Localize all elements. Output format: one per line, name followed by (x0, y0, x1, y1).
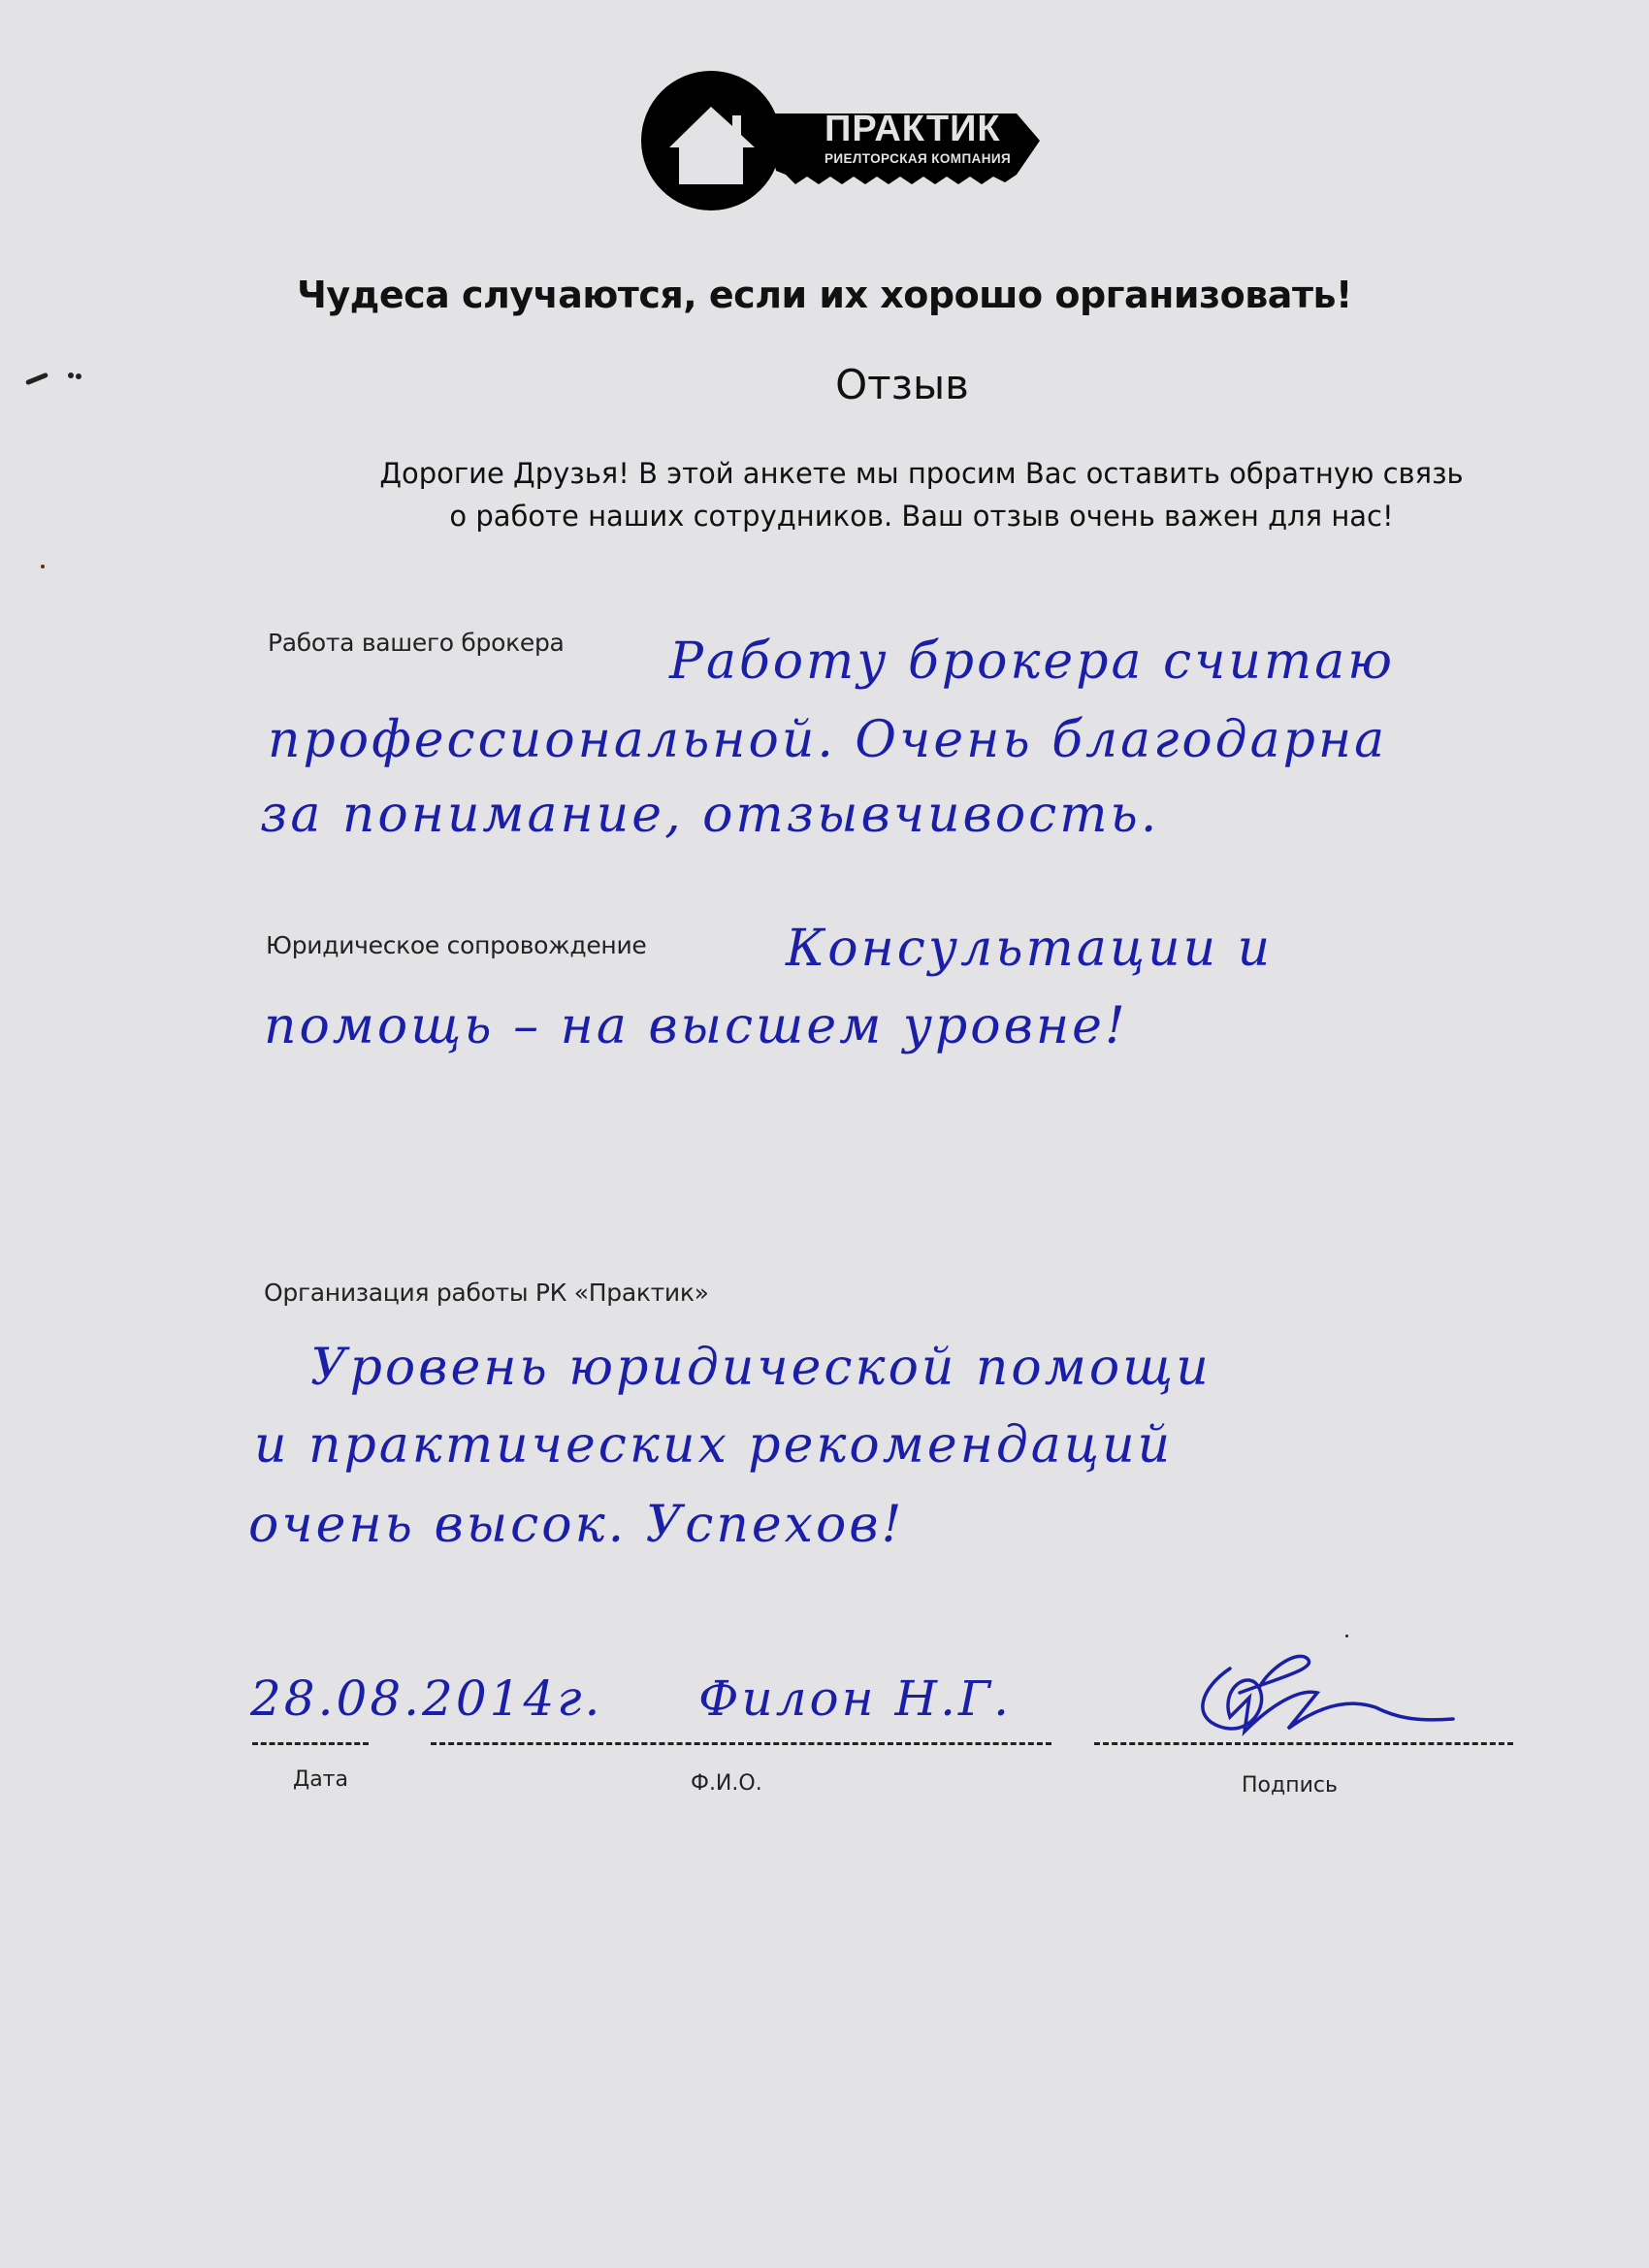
signature-caption: Подпись (1242, 1773, 1338, 1798)
handwritten-answer-legal-line-2: помощь – на высшем уровне! (264, 997, 1128, 1055)
handwritten-answer-broker-line-1: Работу брокера считаю (669, 632, 1395, 691)
logo-subtitle: РИЕЛТОРСКАЯ КОМПАНИЯ (824, 151, 1011, 166)
scan-speck (1345, 1635, 1348, 1637)
intro-text: Дорогие Друзья! В этой анкете мы просим … (242, 452, 1600, 537)
slogan: Чудеса случаются, если их хорошо организ… (0, 274, 1649, 316)
date-underline (252, 1742, 369, 1745)
intro-line-1: Дорогие Друзья! В этой анкете мы просим … (242, 452, 1600, 495)
handwritten-answer-broker-line-2: профессиональной. Очень благодарна (268, 711, 1387, 769)
date-value: 28.08.2014г. (250, 1670, 602, 1727)
handwritten-answer-organization-line-2: и практических рекомендаций (254, 1416, 1173, 1474)
handwritten-answer-organization-line-3: очень высок. Успехов! (248, 1496, 904, 1554)
name-caption: Ф.И.О. (691, 1771, 762, 1796)
scan-speck (68, 373, 74, 378)
section-label-organization: Организация работы РК «Практик» (264, 1279, 709, 1307)
scan-speck (76, 373, 81, 379)
scan-speck (41, 565, 45, 568)
handwritten-signature (1191, 1649, 1482, 1746)
handwritten-answer-broker-line-3: за понимание, отзывчивость. (260, 786, 1159, 844)
logo-brand: ПРАКТИК (824, 109, 1001, 150)
name-underline (431, 1742, 1051, 1745)
handwritten-answer-legal-line-1: Консультации и (786, 920, 1273, 978)
handwritten-answer-organization-line-1: Уровень юридической помощи (310, 1339, 1212, 1397)
company-logo: ПРАКТИК РИЕЛТОРСКАЯ КОМПАНИЯ (640, 70, 1048, 211)
date-caption: Дата (293, 1767, 348, 1792)
signature-underline (1094, 1742, 1513, 1745)
name-value: Филон Н.Г. (698, 1670, 1012, 1727)
section-label-broker: Работа вашего брокера (268, 629, 565, 657)
page-title: Отзыв (0, 361, 1649, 408)
section-label-legal: Юридическое сопровождение (266, 931, 647, 959)
signature-scribble-icon (1191, 1649, 1482, 1746)
intro-line-2: о работе наших сотрудников. Ваш отзыв оч… (242, 495, 1600, 537)
